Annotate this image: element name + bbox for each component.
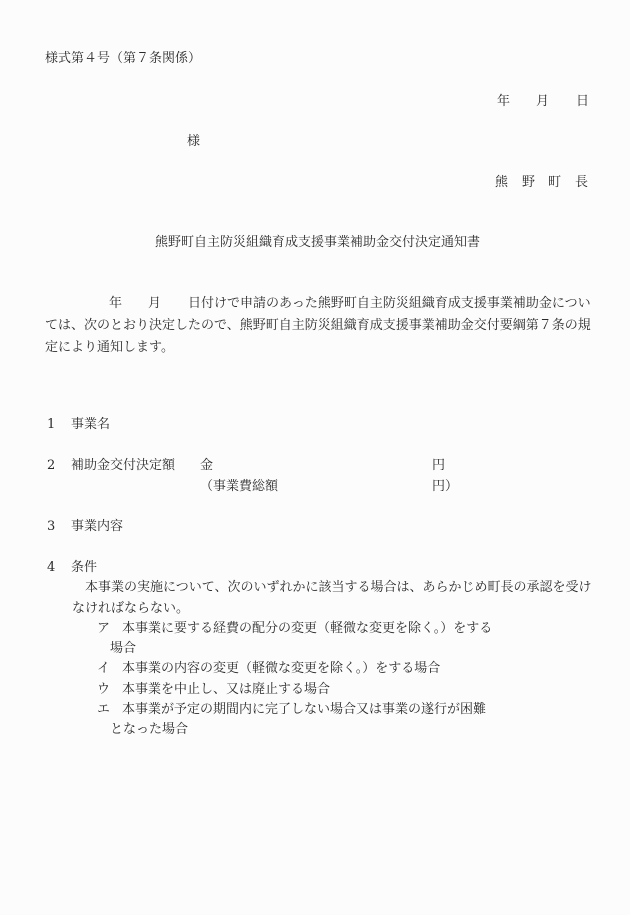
sender-char-4: 長 (575, 175, 588, 191)
amount-unit: 円 (432, 458, 445, 474)
body-line-1: 日付けで申請のあった熊野町自主防災組織育成支援事業補助金につい (188, 296, 591, 312)
date-day: 日 (576, 94, 589, 110)
date-year: 年 (497, 94, 510, 110)
item-2-number: 2 (47, 458, 55, 474)
condition-u-mark: ウ (97, 682, 110, 698)
total-label: （事業費総額 (200, 479, 278, 495)
conditions-intro-1: 本事業の実施について、次のいずれかに該当する場合は、あらかじめ町長の承認を受け (85, 580, 591, 596)
condition-e-mark: エ (97, 702, 110, 718)
item-2-label: 補助金交付決定額 (71, 458, 175, 474)
body-year: 年 (109, 296, 122, 312)
item-3-number: 3 (47, 519, 55, 535)
condition-a-mark: ア (97, 621, 110, 637)
item-4-label: 条件 (71, 560, 97, 576)
conditions-intro-2: なければならない。 (72, 601, 189, 617)
document-title: 熊野町自主防災組織育成支援事業補助金交付決定通知書 (155, 235, 480, 251)
body-line-2: ては、次のとおり決定したので、熊野町自主防災組織育成支援事業補助金交付要綱第７条… (45, 318, 591, 334)
addressee-suffix: 様 (187, 134, 200, 150)
form-label: 様式第４号（第７条関係） (45, 51, 201, 67)
condition-i-text: 本事業の内容の変更（軽微な変更を除く。）をする場合 (122, 661, 440, 677)
sender-char-1: 熊 (495, 175, 508, 191)
body-month: 月 (148, 296, 161, 312)
body-line-3: 定により通知します。 (45, 340, 174, 356)
condition-e-text: 本事業が予定の期間内に完了しない場合又は事業の遂行が困難 (122, 702, 486, 718)
item-4-number: 4 (47, 560, 55, 576)
amount-prefix: 金 (200, 458, 213, 474)
condition-i-mark: イ (97, 661, 110, 677)
condition-u-text: 本事業を中止し、又は廃止する場合 (122, 682, 330, 698)
total-unit: 円） (432, 479, 458, 495)
condition-a-text-2: 場合 (110, 641, 136, 657)
item-1-label: 事業名 (71, 417, 110, 433)
date-month: 月 (536, 94, 549, 110)
condition-e-text-2: となった場合 (110, 722, 188, 738)
item-3-label: 事業内容 (71, 519, 123, 535)
sender-char-3: 町 (548, 175, 561, 191)
sender-char-2: 野 (522, 175, 535, 191)
item-1-number: 1 (47, 417, 55, 433)
condition-a-text: 本事業に要する経費の配分の変更（軽微な変更を除く。）をする (122, 621, 492, 637)
